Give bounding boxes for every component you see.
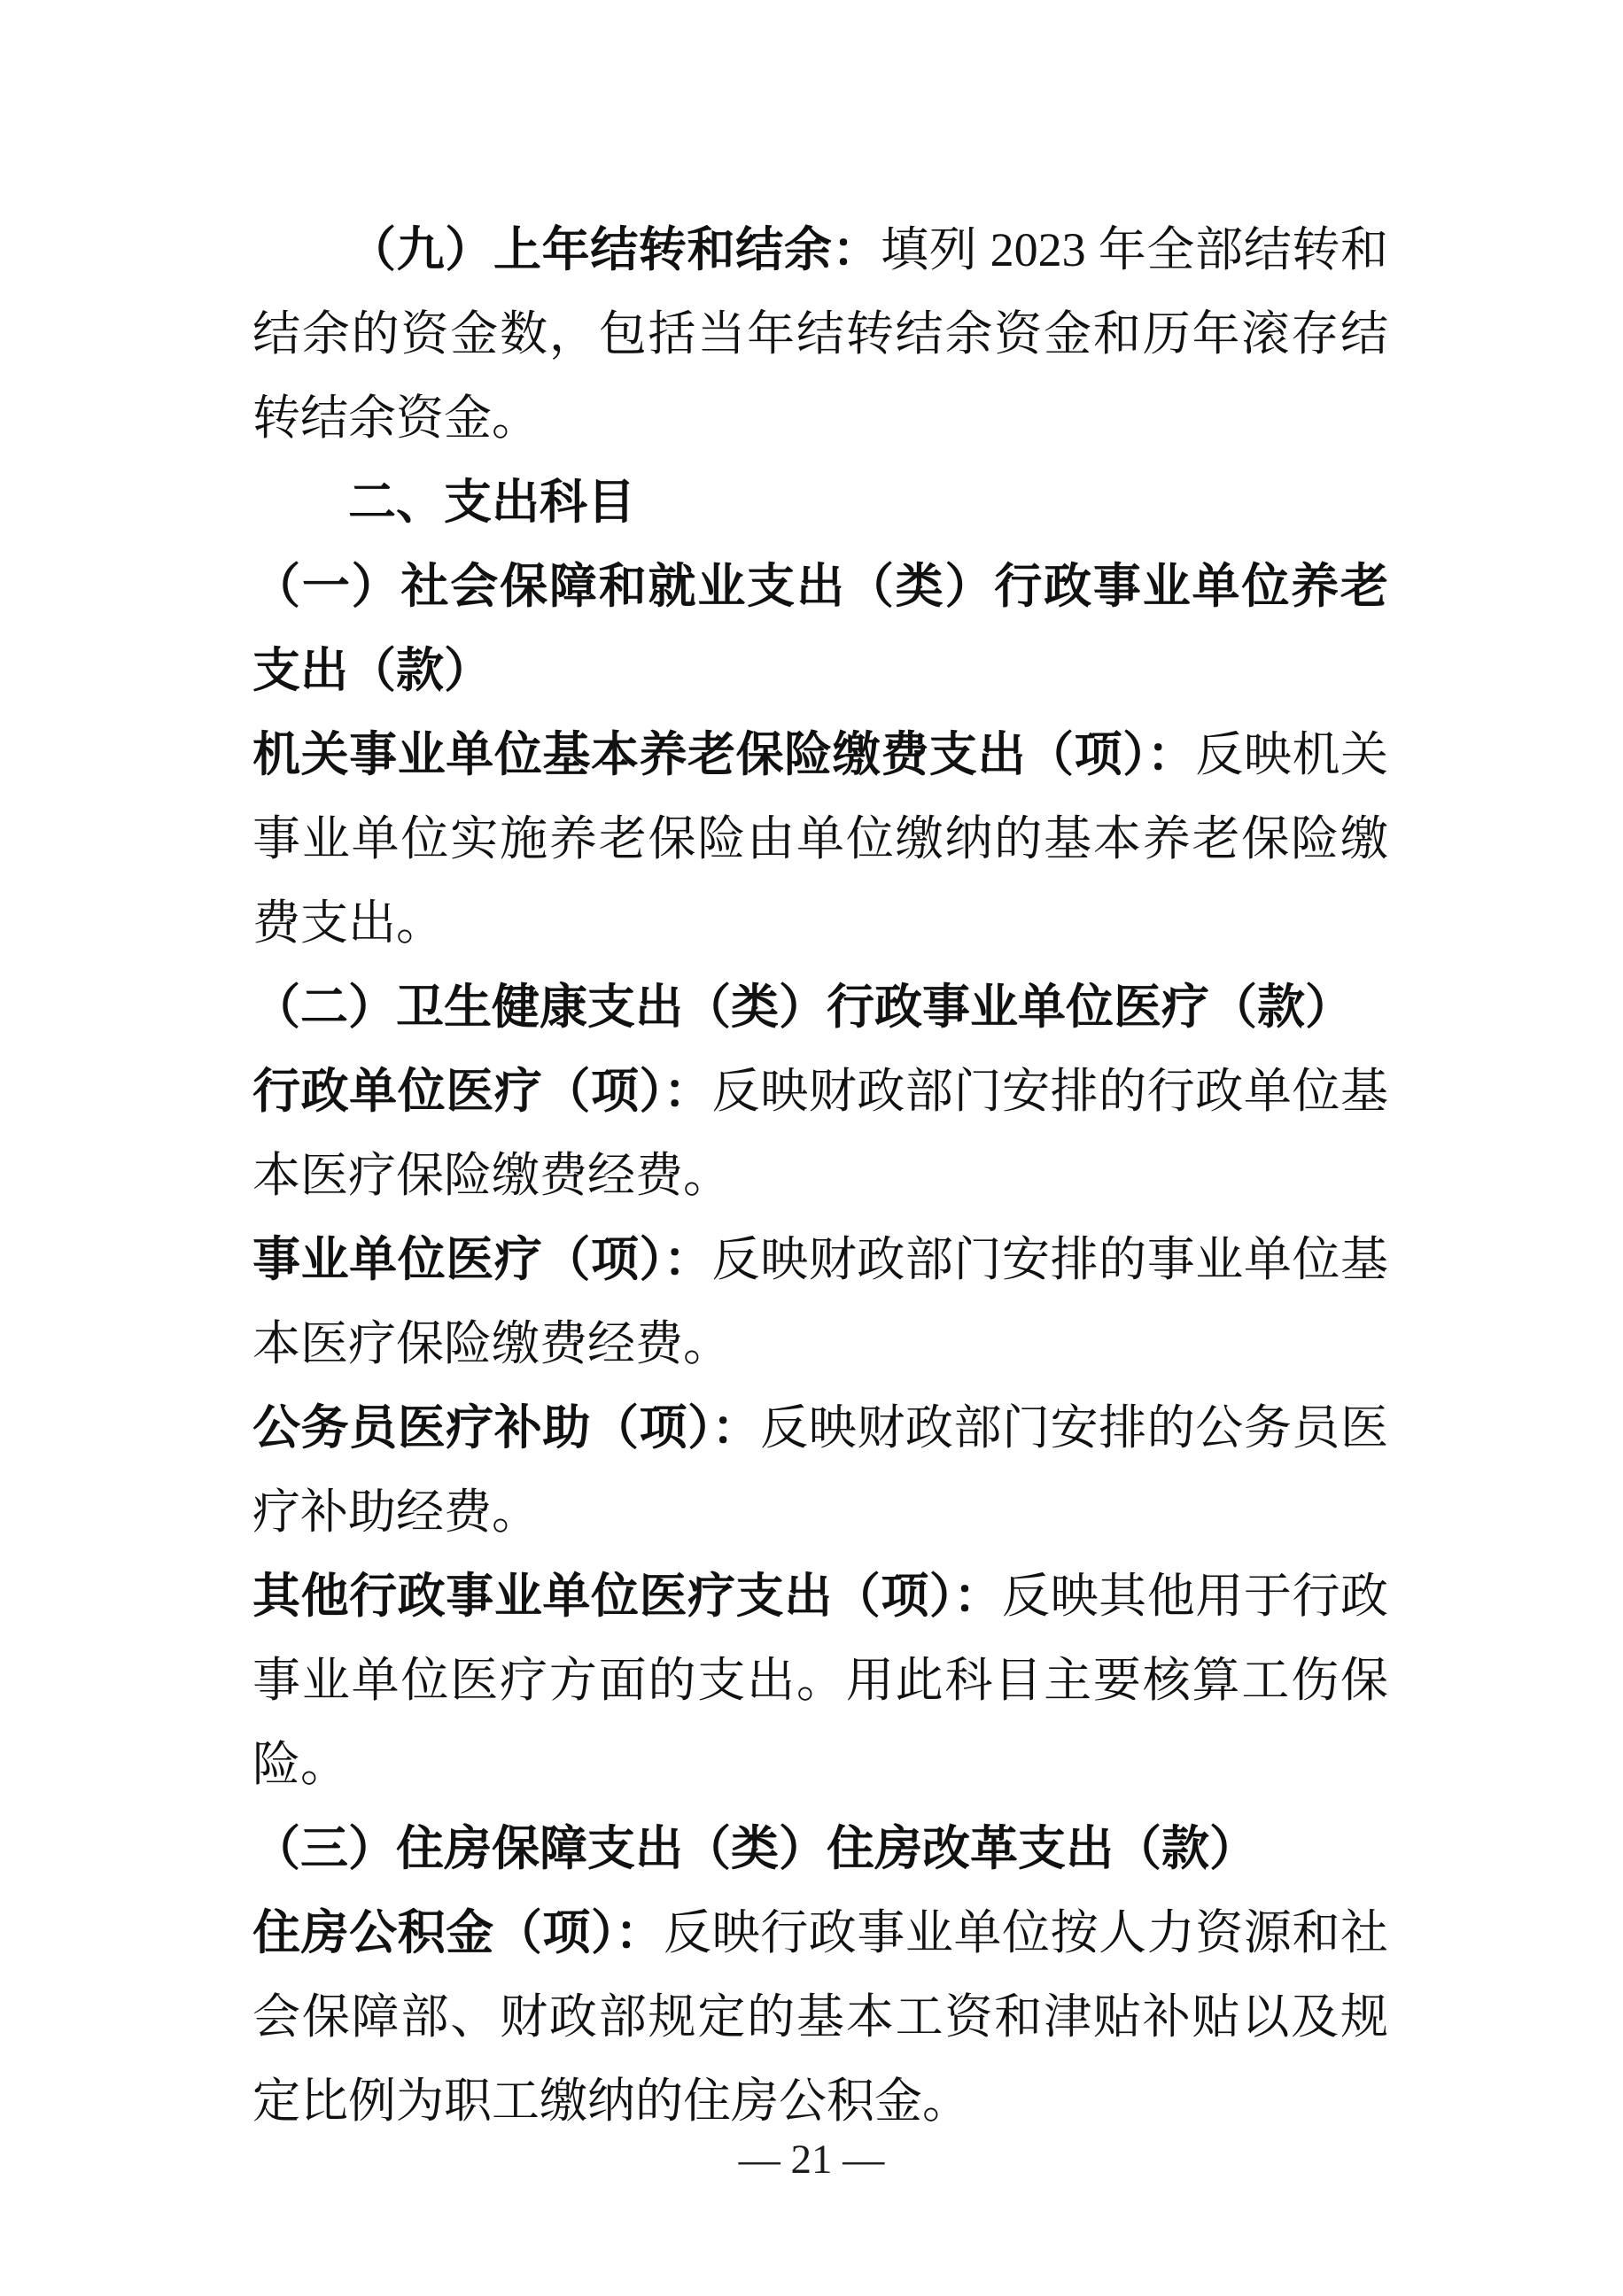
para-civil-servant-medical-subsidy-item-lead: 公务员医疗补助（项）： — [252, 1401, 760, 1454]
para-admin-unit-medical-item-lead: 行政单位医疗（项）： — [252, 1065, 712, 1118]
document-body: （九）上年结转和结余：填列 2023 年全部结转和结余的资金数，包括当年结转结余… — [252, 208, 1388, 2144]
para-housing-class: （三）住房保障支出（类）住房改革支出（款） — [252, 1807, 1388, 1891]
para-social-security-class: （一）社会保障和就业支出（类）行政事业单位养老支出（款） — [252, 545, 1388, 713]
para-social-security-class-lead: （一）社会保障和就业支出（类）行政事业单位养老支出（款） — [252, 560, 1388, 697]
para-institution-medical-item: 事业单位医疗（项）：反映财政部门安排的事业单位基本医疗保险缴费经费。 — [252, 1218, 1388, 1386]
para-institution-medical-item-lead: 事业单位医疗（项）： — [252, 1233, 712, 1286]
para-health-class: （二）卫生健康支出（类）行政事业单位医疗（款） — [252, 966, 1388, 1050]
para-civil-servant-medical-subsidy-item: 公务员医疗补助（项）：反映财政部门安排的公务员医疗补助经费。 — [252, 1386, 1388, 1555]
para-pension-contribution-item-lead: 机关事业单位基本养老保险缴费支出（项）： — [252, 728, 1195, 781]
para-health-class-lead: （二）卫生健康支出（类）行政事业单位医疗（款） — [252, 981, 1353, 1034]
para-housing-class-lead: （三）住房保障支出（类）住房改革支出（款） — [252, 1822, 1257, 1875]
para-housing-fund-item-lead: 住房公积金（项）： — [252, 1906, 664, 1959]
para-other-medical-item: 其他行政事业单位医疗支出（项）：反映其他用于行政事业单位医疗方面的支出。用此科目… — [252, 1555, 1388, 1807]
para-other-medical-item-lead: 其他行政事业单位医疗支出（项）： — [252, 1570, 1002, 1623]
para-pension-contribution-item: 机关事业单位基本养老保险缴费支出（项）：反映机关事业单位实施养老保险由单位缴纳的… — [252, 713, 1388, 966]
heading-expenditure-subjects: 二、支出科目 — [252, 461, 1388, 545]
para-admin-unit-medical-item: 行政单位医疗（项）：反映财政部门安排的行政单位基本医疗保险缴费经费。 — [252, 1050, 1388, 1218]
para-housing-fund-item: 住房公积金（项）：反映行政事业单位按人力资源和社会保障部、财政部规定的基本工资和… — [252, 1891, 1388, 2144]
para-prev-year-carryover: （九）上年结转和结余：填列 2023 年全部结转和结余的资金数，包括当年结转结余… — [252, 208, 1388, 461]
para-prev-year-carryover-lead: （九）上年结转和结余： — [348, 223, 881, 276]
heading-expenditure-subjects-text: 二、支出科目 — [348, 476, 635, 529]
page-number: — 21 — — [739, 2137, 885, 2183]
document-page: （九）上年结转和结余：填列 2023 年全部结转和结余的资金数，包括当年结转结余… — [0, 0, 1623, 2296]
page-footer: — 21 — — [0, 2133, 1623, 2186]
